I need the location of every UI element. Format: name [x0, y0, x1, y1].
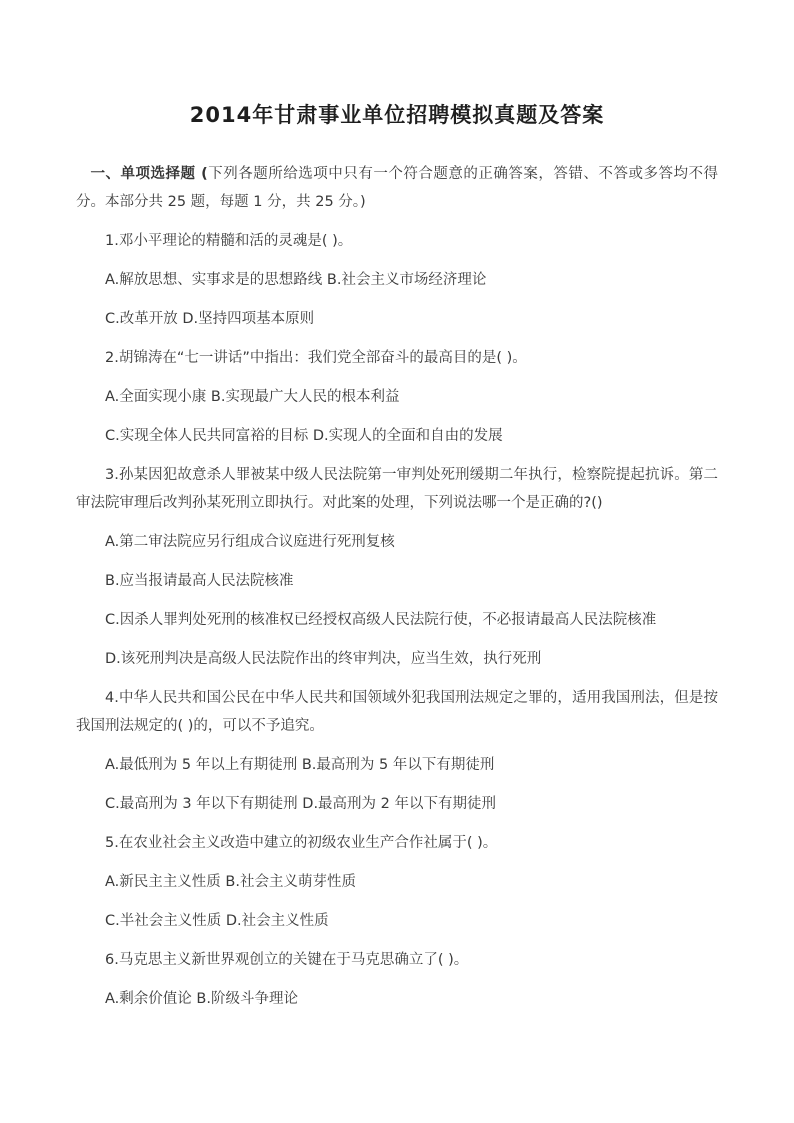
- question-1-options-cd: C.改革开放 D.坚持四项基本原则: [76, 305, 718, 333]
- question-2-text: 2.胡锦涛在“七一讲话”中指出：我们党全部奋斗的最高目的是( )。: [76, 344, 718, 372]
- question-4-options-cd: C.最高刑为 3 年以下有期徒刑 D.最高刑为 2 年以下有期徒刑: [76, 790, 718, 818]
- question-3-text: 3.孙某因犯故意杀人罪被某中级人民法院第一审判处死刑缓期二年执行，检察院提起抗诉…: [76, 461, 718, 517]
- section-heading-label: 一、单项选择题 (: [91, 166, 208, 182]
- document-title: 2014年甘肃事业单位招聘模拟真题及答案: [76, 100, 718, 130]
- question-4-text: 4.中华人民共和国公民在中华人民共和国领域外犯我国刑法规定之罪的，适用我国刑法，…: [76, 684, 718, 740]
- question-5-text: 5.在农业社会主义改造中建立的初级农业生产合作社属于( )。: [76, 829, 718, 857]
- question-5-options-ab: A.新民主主义性质 B.社会主义萌芽性质: [76, 868, 718, 896]
- question-1-text: 1.邓小平理论的精髓和活的灵魂是( )。: [76, 227, 718, 255]
- question-3-option-a: A.第二审法院应另行组成合议庭进行死刑复核: [76, 528, 718, 556]
- question-6-options-ab: A.剩余价值论 B.阶级斗争理论: [76, 985, 718, 1013]
- question-3-option-d: D.该死刑判决是高级人民法院作出的终审判决，应当生效，执行死刑: [76, 645, 718, 673]
- section-heading: 一、单项选择题 (下列各题所给选项中只有一个符合题意的正确答案，答错、不答或多答…: [76, 160, 718, 216]
- question-3-option-c: C.因杀人罪判处死刑的核准权已经授权高级人民法院行使，不必报请最高人民法院核准: [76, 606, 718, 634]
- question-6-text: 6.马克思主义新世界观创立的关键在于马克思确立了( )。: [76, 946, 718, 974]
- question-2-options-ab: A.全面实现小康 B.实现最广大人民的根本利益: [76, 383, 718, 411]
- document-page: 2014年甘肃事业单位招聘模拟真题及答案 一、单项选择题 (下列各题所给选项中只…: [0, 0, 794, 1123]
- question-4-options-ab: A.最低刑为 5 年以上有期徒刑 B.最高刑为 5 年以下有期徒刑: [76, 751, 718, 779]
- question-2-options-cd: C.实现全体人民共同富裕的目标 D.实现人的全面和自由的发展: [76, 422, 718, 450]
- question-1-options-ab: A.解放思想、实事求是的思想路线 B.社会主义市场经济理论: [76, 266, 718, 294]
- question-5-options-cd: C.半社会主义性质 D.社会主义性质: [76, 907, 718, 935]
- question-3-option-b: B.应当报请最高人民法院核准: [76, 567, 718, 595]
